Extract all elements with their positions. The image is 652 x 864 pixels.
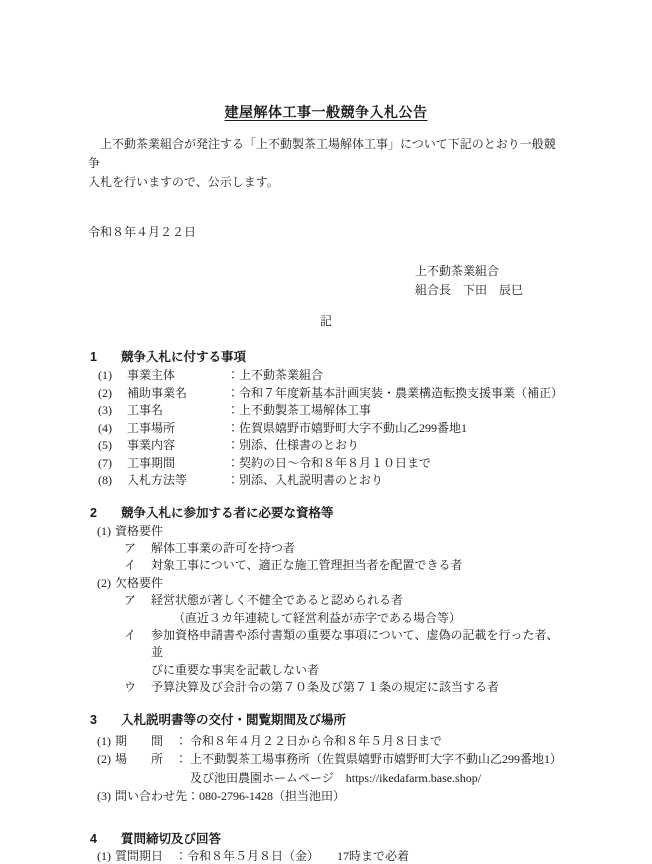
detail-row-place: (2) 場 所 ： 上不動製茶工場事務所（佐賀県嬉野市嬉野町大字不動山乙299番…: [97, 750, 564, 787]
subsection-disqualification-requirements: (2) 欠格要件: [97, 575, 564, 592]
section-1-title: 競争入札に付する事項: [121, 348, 246, 366]
detail-row-work-period: (7) 工事期間 ：契約の日～令和８年８月１０日まで: [98, 455, 564, 473]
row-value: ：契約の日～令和８年８月１０日まで: [227, 455, 564, 473]
section-document-distribution: 3 入札説明書等の交付・閲覧期間及び場所 (1) 期 間 ： 令和８年４月２２日…: [88, 711, 564, 806]
section-4-title: 質問締切及び回答: [121, 830, 221, 848]
disqualification-item-a: ア 経営状態が著しく不健全であると認められる者 （直近３カ年連続して経営利益が赤…: [124, 592, 564, 627]
item-text: 解体工事業の許可を持つ者: [151, 540, 564, 557]
row-number: (2): [97, 750, 115, 787]
section-question-deadline: 4 質問締切及び回答 (1) 質問期日 ：令和８年５月８日（金） 17時まで必着: [88, 830, 564, 864]
detail-row-question-date: (1) 質問期日 ：令和８年５月８日（金） 17時まで必着: [97, 848, 564, 864]
intro-paragraph: 上不動茶業組合が発注する「上不動製茶工場解体工事」について下記のとおり一般競争 …: [88, 135, 564, 192]
row-number: (1): [98, 367, 127, 385]
document-page: 建屋解体工事一般競争入札公告 上不動茶業組合が発注する「上不動製茶工場解体工事」…: [0, 0, 652, 864]
row-label: 補助事業名: [127, 385, 227, 403]
row-text-continued: 及び池田農園ホームページ https://ikedafarm.base.shop…: [115, 769, 564, 788]
section-1-heading: 1 競争入札に付する事項: [90, 348, 564, 366]
section-bid-items: 1 競争入札に付する事項 (1) 事業主体 ：上不動茶業組合 (2) 補助事業名…: [88, 348, 564, 490]
item-text-line-1: 参加資格申請書や添付書類の重要な事項について、虚偽の記載を行った者、並: [151, 627, 564, 662]
row-value: ：上不動製茶工場解体工事: [227, 402, 564, 420]
row-label: 工事名: [127, 402, 227, 420]
section-4-heading: 4 質問締切及び回答: [90, 830, 564, 848]
item-text: 経営状態が著しく不健全であると認められる者: [151, 592, 564, 609]
row-text: 問い合わせ先：080-2796-1428（担当池田）: [115, 787, 564, 806]
section-2-number: 2: [90, 504, 121, 522]
detail-row-bid-method: (8) 入札方法等 ：別添、入札説明書のとおり: [98, 472, 564, 490]
document-title: 建屋解体工事一般競争入札公告: [88, 103, 564, 121]
row-label: 入札方法等: [127, 472, 227, 490]
row-text: 期 間 ： 令和８年４月２２日から令和８年５月８日まで: [115, 732, 564, 751]
row-text: 場 所 ： 上不動製茶工場事務所（佐賀県嬉野市嬉野町大字不動山乙299番地1）: [115, 750, 564, 769]
row-number: (3): [97, 787, 115, 806]
item-note: （直近３カ年連続して経営利益が赤字である場合等）: [151, 610, 564, 627]
row-number: (5): [98, 437, 127, 455]
section-2-title: 競争入札に参加する者に必要な資格等: [121, 504, 334, 522]
item-marker: イ: [124, 627, 151, 679]
section-qualifications: 2 競争入札に参加する者に必要な資格等 (1) 資格要件 ア 解体工事業の許可を…: [88, 504, 564, 697]
subsection-label: 欠格要件: [115, 575, 163, 592]
item-marker: ア: [124, 540, 151, 557]
section-3-number: 3: [90, 711, 121, 729]
section-4-number: 4: [90, 830, 121, 848]
row-number: (3): [98, 402, 127, 420]
subsection-number: (2): [97, 575, 115, 592]
section-1-number: 1: [90, 348, 121, 366]
qualification-item-i: イ 対象工事について、適正な施工管理担当者を配置できる者: [124, 557, 564, 574]
detail-row-work-site: (4) 工事場所 ：佐賀県嬉野市嬉野町大字不動山乙299番地1: [98, 420, 564, 438]
item-marker: イ: [124, 557, 151, 574]
detail-row-subsidy-project: (2) 補助事業名 ：令和７年度新基本計画実装・農業構造転換支援事業（補正）: [98, 385, 564, 403]
item-marker: ア: [124, 592, 151, 627]
item-marker: ウ: [124, 679, 151, 696]
row-number: (8): [98, 472, 127, 490]
detail-row-work-name: (3) 工事名 ：上不動製茶工場解体工事: [98, 402, 564, 420]
detail-row-business-entity: (1) 事業主体 ：上不動茶業組合: [98, 367, 564, 385]
issuer-organization: 上不動茶業組合: [415, 262, 564, 281]
row-label: 工事場所: [127, 420, 227, 438]
row-value: ：別添、仕様書のとおり: [227, 437, 564, 455]
disqualification-item-i: イ 参加資格申請書や添付書類の重要な事項について、虚偽の記載を行った者、並 びに…: [124, 627, 564, 679]
subsection-qualification-requirements: (1) 資格要件: [97, 523, 564, 540]
subsection-number: (1): [97, 523, 115, 540]
section-4-rows: (1) 質問期日 ：令和８年５月８日（金） 17時まで必着: [88, 848, 564, 864]
signature-block: 上不動茶業組合 組合長 下田 辰巳: [88, 262, 564, 300]
row-number: (7): [98, 455, 127, 473]
row-label: 事業内容: [127, 437, 227, 455]
detail-row-contact: (3) 問い合わせ先：080-2796-1428（担当池田）: [97, 787, 564, 806]
issue-date: 令和８年４月２２日: [88, 223, 564, 241]
row-text: 質問期日 ：令和８年５月８日（金） 17時まで必着: [115, 848, 564, 864]
row-value: ：佐賀県嬉野市嬉野町大字不動山乙299番地1: [227, 420, 564, 438]
row-value: ：令和７年度新基本計画実装・農業構造転換支援事業（補正）: [227, 385, 564, 403]
item-text: 予算決算及び会計令の第７０条及び第７１条の規定に該当する者: [151, 679, 564, 696]
row-value: ：別添、入札説明書のとおり: [227, 472, 564, 490]
qualification-item-a: ア 解体工事業の許可を持つ者: [124, 540, 564, 557]
item-text: 対象工事について、適正な施工管理担当者を配置できる者: [151, 557, 564, 574]
detail-row-project-content: (5) 事業内容 ：別添、仕様書のとおり: [98, 437, 564, 455]
detail-row-period: (1) 期 間 ： 令和８年４月２２日から令和８年５月８日まで: [97, 732, 564, 751]
section-2-body: (1) 資格要件 ア 解体工事業の許可を持つ者 イ 対象工事について、適正な施工…: [88, 523, 564, 697]
intro-line-1: 上不動茶業組合が発注する「上不動製茶工場解体工事」について下記のとおり一般競争: [88, 135, 564, 173]
issuer-representative: 組合長 下田 辰巳: [415, 281, 564, 300]
row-value: ：上不動茶業組合: [227, 367, 564, 385]
row-label: 工事期間: [127, 455, 227, 473]
section-3-heading: 3 入札説明書等の交付・閲覧期間及び場所: [90, 711, 564, 729]
section-3-rows: (1) 期 間 ： 令和８年４月２２日から令和８年５月８日まで (2) 場 所 …: [88, 732, 564, 806]
row-number: (4): [98, 420, 127, 438]
item-text-line-2: びに重要な事実を記載しない者: [151, 662, 564, 679]
row-number: (2): [98, 385, 127, 403]
section-3-title: 入札説明書等の交付・閲覧期間及び場所: [121, 711, 346, 729]
row-number: (1): [97, 732, 115, 751]
document-title-text: 建屋解体工事一般競争入札公告: [225, 104, 428, 120]
intro-line-2: 入札を行いますので、公示します。: [88, 173, 564, 192]
section-1-rows: (1) 事業主体 ：上不動茶業組合 (2) 補助事業名 ：令和７年度新基本計画実…: [88, 367, 564, 490]
section-2-heading: 2 競争入札に参加する者に必要な資格等: [90, 504, 564, 522]
row-label: 事業主体: [127, 367, 227, 385]
row-number: (1): [97, 848, 115, 864]
subsection-label: 資格要件: [115, 523, 163, 540]
record-marker: 記: [88, 312, 564, 330]
disqualification-item-u: ウ 予算決算及び会計令の第７０条及び第７１条の規定に該当する者: [124, 679, 564, 696]
